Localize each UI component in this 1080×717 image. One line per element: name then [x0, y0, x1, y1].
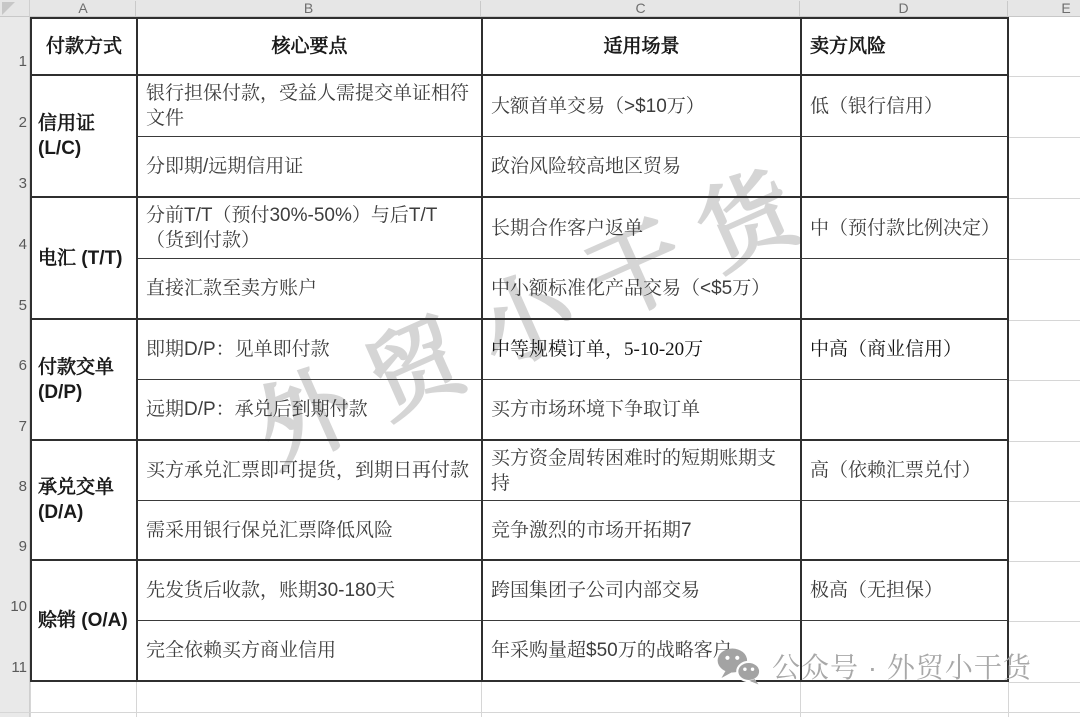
cell-d7[interactable] — [802, 380, 1009, 441]
cell-d9[interactable] — [802, 501, 1009, 561]
cell-b8[interactable]: 买方承兑汇票即可提货，到期日再付款 — [138, 441, 483, 501]
gridline — [30, 682, 31, 717]
cell-b3[interactable]: 分即期/远期信用证 — [138, 137, 483, 198]
column-header-e[interactable]: E — [1007, 0, 1080, 17]
gridline — [1009, 561, 1080, 562]
header-cell-scenarios[interactable]: 适用场景 — [483, 19, 802, 76]
column-header-c[interactable]: C — [481, 0, 800, 17]
wechat-icon — [716, 646, 764, 686]
gridline — [0, 712, 1080, 713]
gridline — [136, 682, 137, 717]
gridline — [1008, 682, 1009, 717]
account-watermark-text: 公众号 · 外贸小干货 — [772, 646, 1032, 686]
gridline — [1009, 320, 1080, 321]
select-all-triangle-icon — [2, 2, 15, 15]
gridline — [1009, 380, 1080, 381]
cell-b7[interactable]: 远期D/P：承兑后到期付款 — [138, 380, 483, 441]
cell-method-dp[interactable]: 付款交单 (D/P) — [32, 320, 138, 441]
cell-d6[interactable]: 中高（商业信用） — [802, 320, 1009, 380]
cell-method-da[interactable]: 承兑交单 (D/A) — [32, 441, 138, 561]
gridline — [1009, 198, 1080, 199]
cell-c8[interactable]: 买方资金周转困难时的短期账期支持 — [483, 441, 802, 501]
account-watermark: 公众号 · 外贸小干货 — [716, 646, 1032, 686]
row-header-3[interactable]: 3 — [0, 172, 27, 196]
header-cell-core-points[interactable]: 核心要点 — [138, 19, 483, 76]
cell-d3[interactable] — [802, 137, 1009, 198]
column-header-b[interactable]: B — [136, 0, 481, 17]
cell-b10[interactable]: 先发货后收款，账期30-180天 — [138, 561, 483, 621]
gridline — [1009, 621, 1080, 622]
cell-c9[interactable]: 竞争激烈的市场开拓期7 — [483, 501, 802, 561]
row-header-7[interactable]: 7 — [0, 415, 27, 439]
cell-method-oa[interactable]: 赊销 (O/A) — [32, 561, 138, 682]
column-header-a[interactable]: A — [30, 0, 136, 17]
row-header-9[interactable]: 9 — [0, 535, 27, 559]
row-header-2[interactable]: 2 — [0, 111, 27, 135]
cell-b6[interactable]: 即期D/P：见单即付款 — [138, 320, 483, 380]
row-header-11[interactable]: 11 — [0, 656, 27, 680]
cell-c4[interactable]: 长期合作客户返单 — [483, 198, 802, 259]
cell-b4[interactable]: 分前T/T（预付30%-50%）与后T/T（货到付款） — [138, 198, 483, 259]
row-header-4[interactable]: 4 — [0, 233, 27, 257]
cell-method-lc[interactable]: 信用证 (L/C) — [32, 76, 138, 198]
gridline — [1009, 501, 1080, 502]
spreadsheet-view: 外贸小干货 A B C D E 1 2 3 4 5 6 7 8 9 10 11 … — [0, 0, 1080, 717]
gridline — [1009, 259, 1080, 260]
cell-b9[interactable]: 需采用银行保兑汇票降低风险 — [138, 501, 483, 561]
column-header-d[interactable]: D — [800, 0, 1007, 17]
cell-b11[interactable]: 完全依赖买方商业信用 — [138, 621, 483, 682]
gridline — [800, 682, 801, 717]
gridline — [481, 682, 482, 717]
row-header-5[interactable]: 5 — [0, 294, 27, 318]
row-header-10[interactable]: 10 — [0, 595, 27, 619]
cell-d10[interactable]: 极高（无担保） — [802, 561, 1009, 621]
gridline — [1009, 441, 1080, 442]
payment-methods-table: 付款方式 核心要点 适用场景 卖方风险 信用证 (L/C) 银行担保付款，受益人… — [30, 17, 1009, 682]
select-all-corner[interactable] — [0, 0, 30, 17]
gridline — [1009, 137, 1080, 138]
cell-d2[interactable]: 低（银行信用） — [802, 76, 1009, 137]
cell-c10[interactable]: 跨国集团子公司内部交易 — [483, 561, 802, 621]
cell-c3[interactable]: 政治风险较高地区贸易 — [483, 137, 802, 198]
cell-d5[interactable] — [802, 259, 1009, 320]
cell-c6[interactable]: 中等规模订单，5-10-20万 — [483, 320, 802, 380]
cell-d4[interactable]: 中（预付款比例决定） — [802, 198, 1009, 259]
cell-c2[interactable]: 大额首单交易（>$10万） — [483, 76, 802, 137]
header-cell-payment-method[interactable]: 付款方式 — [32, 19, 138, 76]
cell-b2[interactable]: 银行担保付款，受益人需提交单证相符文件 — [138, 76, 483, 137]
cell-b5[interactable]: 直接汇款至卖方账户 — [138, 259, 483, 320]
cell-c5[interactable]: 中小额标准化产品交易（<$5万） — [483, 259, 802, 320]
row-header-1[interactable]: 1 — [0, 50, 27, 74]
gridline — [1009, 76, 1080, 77]
row-header-6[interactable]: 6 — [0, 354, 27, 378]
cell-d8[interactable]: 高（依赖汇票兑付） — [802, 441, 1009, 501]
cell-method-tt[interactable]: 电汇 (T/T) — [32, 198, 138, 320]
header-cell-seller-risk[interactable]: 卖方风险 — [802, 19, 1009, 76]
cell-c7[interactable]: 买方市场环境下争取订单 — [483, 380, 802, 441]
row-header-8[interactable]: 8 — [0, 475, 27, 499]
column-header-strip: A B C D E — [30, 0, 1080, 17]
